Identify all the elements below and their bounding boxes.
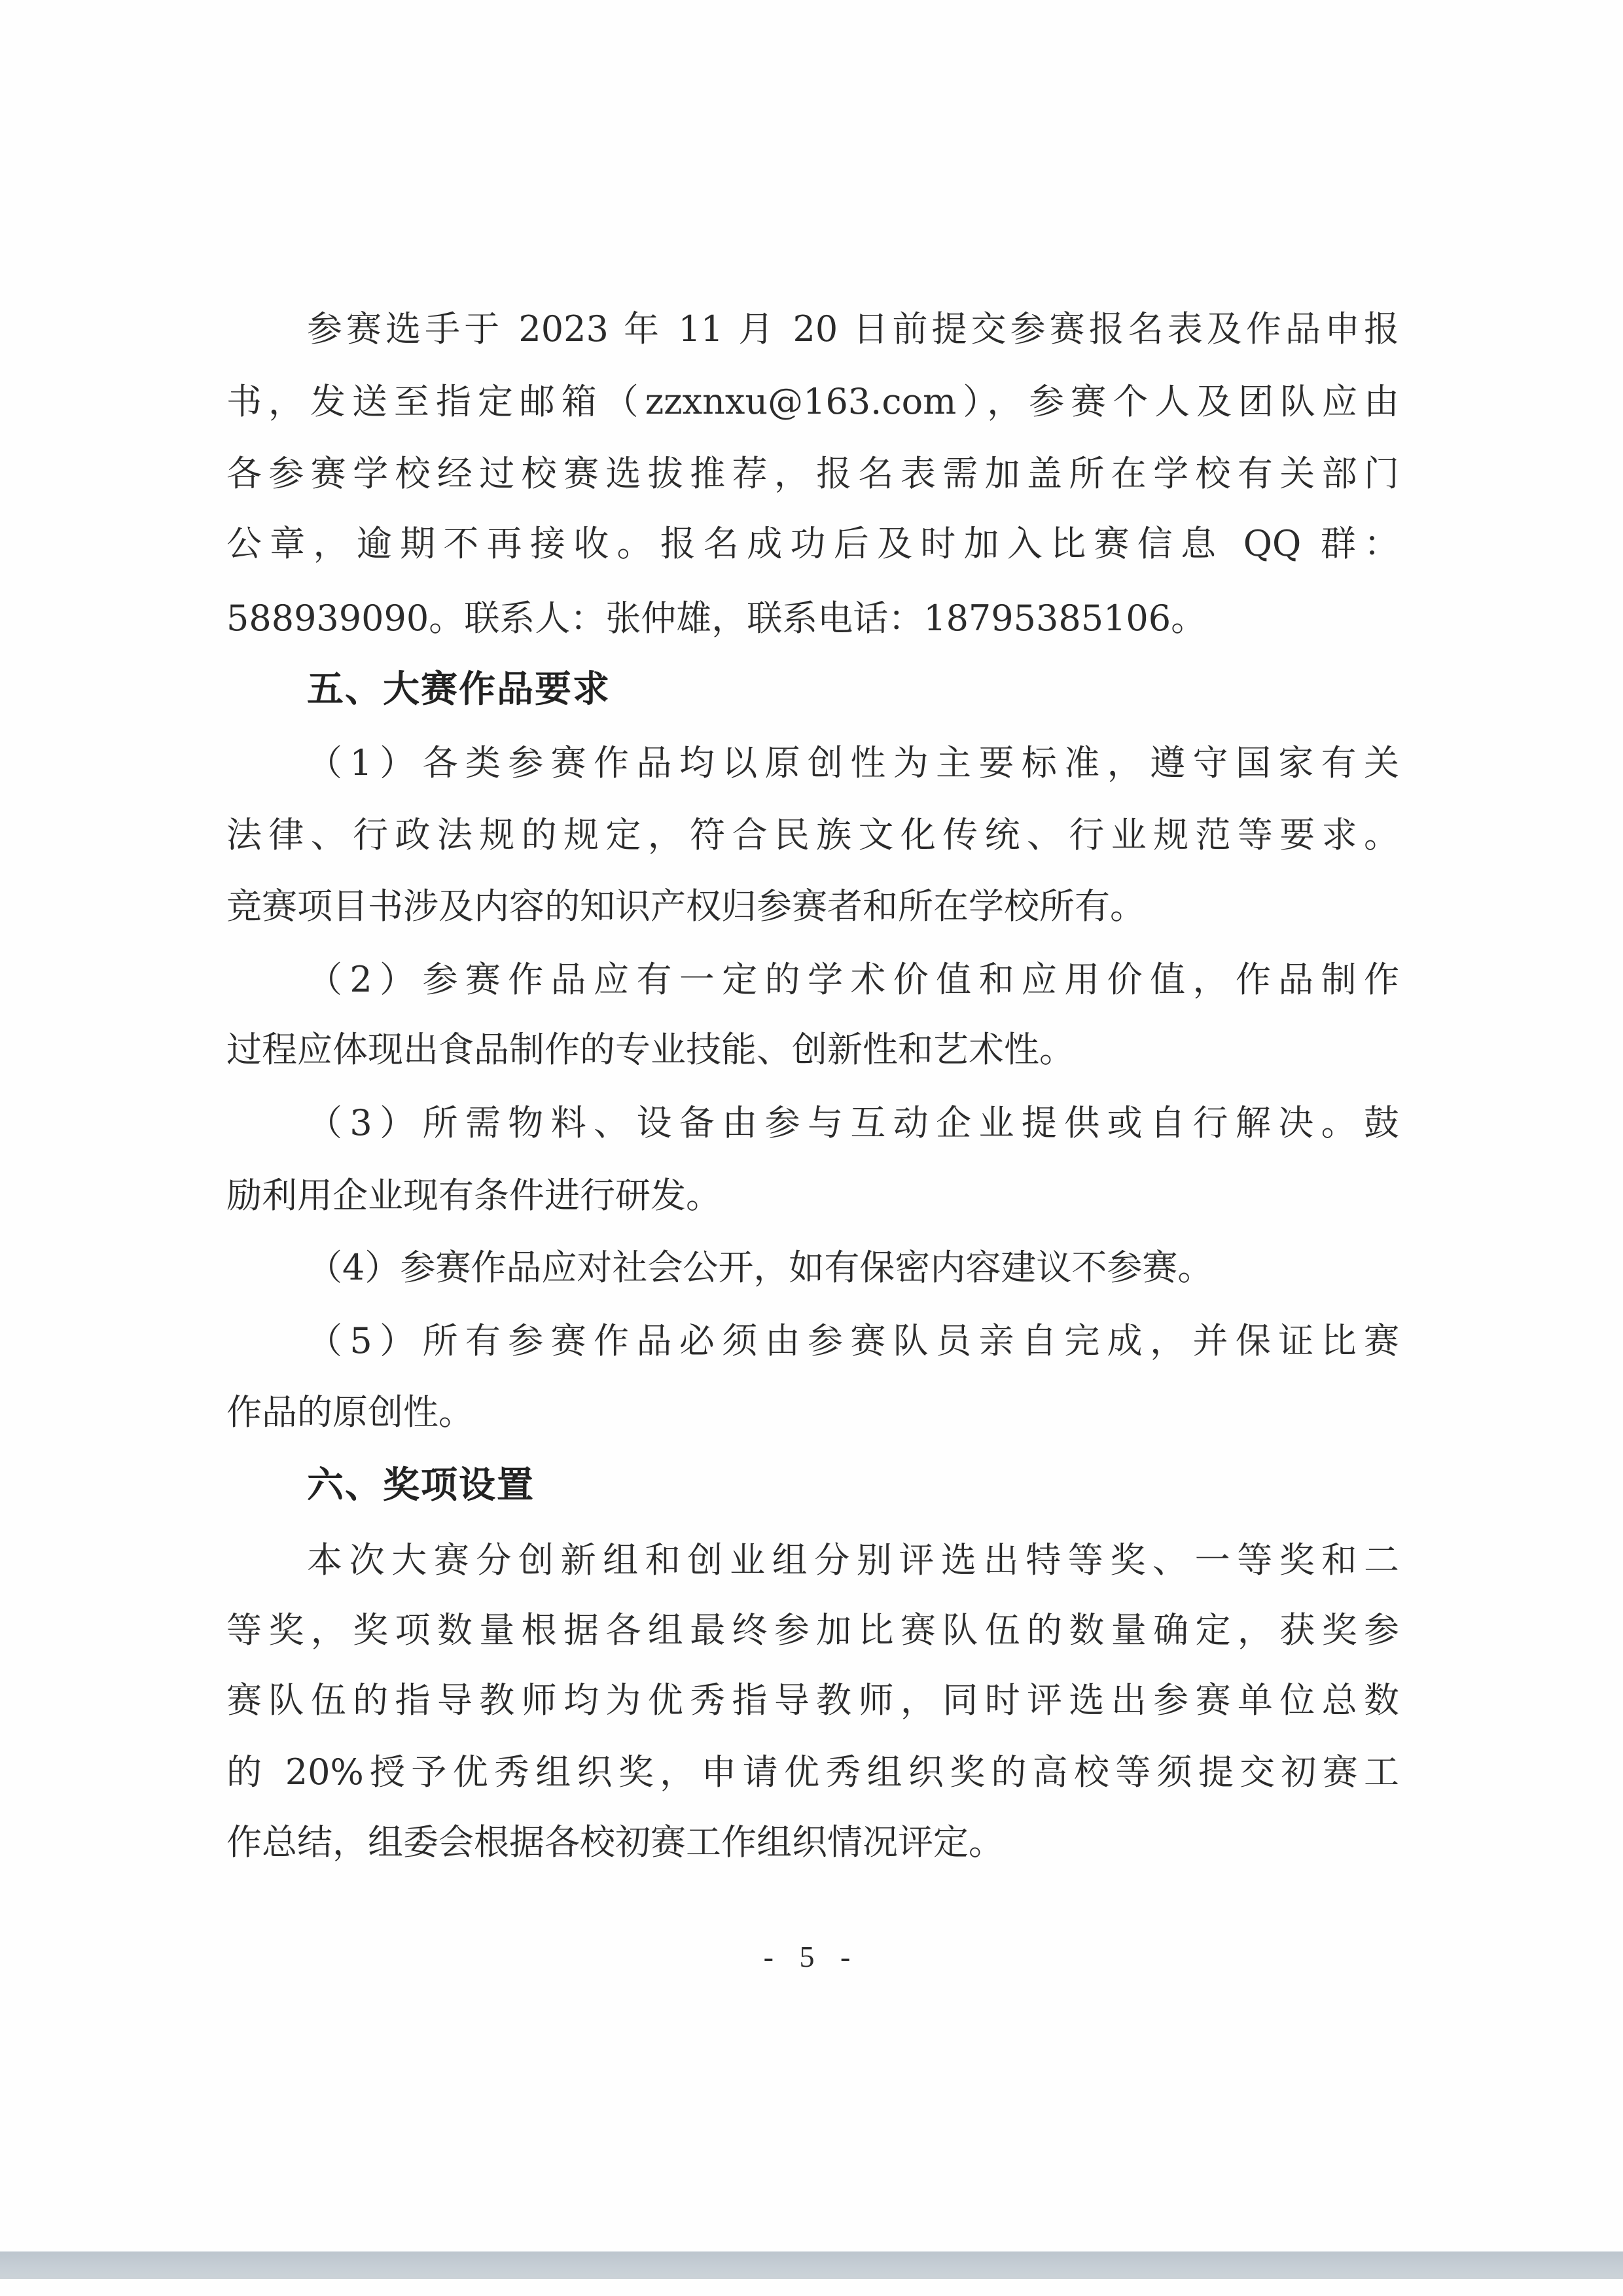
paragraph-line: 赛队伍的指导教师均为优秀指导教师，同时评选出参赛单位总数: [226, 1664, 1399, 1736]
section-heading: 五、大赛作品要求: [307, 654, 611, 726]
list-item-line: （3）所需物料、设备由参与互动企业提供或自行解决。鼓: [307, 1087, 1399, 1159]
paragraph-line: 书，发送至指定邮箱（zzxnxu@163.com），参赛个人及团队应由: [226, 366, 1399, 438]
scan-edge-strip: [0, 2251, 1623, 2279]
page-number: - 5 -: [0, 1937, 1623, 1977]
paragraph-line: 各参赛学校经过校赛选拔推荐，报名表需加盖所在学校有关部门: [226, 438, 1399, 510]
document-page: 参赛选手于 2023 年 11 月 20 日前提交参赛报名表及作品申报 书，发送…: [0, 0, 1623, 2296]
list-item-line: （1）各类参赛作品均以原创性为主要标准，遵守国家有关: [307, 727, 1399, 799]
section-heading: 六、奖项设置: [307, 1450, 535, 1522]
list-item-line: 法律、行政法规的规定，符合民族文化传统、行业规范等要求。: [226, 799, 1399, 871]
paragraph-line: 的 20%授予优秀组织奖，申请优秀组织奖的高校等须提交初赛工: [226, 1736, 1399, 1808]
paragraph-line: 588939090。联系人：张仲雄，联系电话：18795385106。: [226, 583, 1399, 655]
paragraph-line: 参赛选手于 2023 年 11 月 20 日前提交参赛报名表及作品申报: [307, 293, 1399, 365]
paragraph-line: 公章，逾期不再接收。报名成功后及时加入比赛信息 QQ 群：: [226, 508, 1399, 580]
paragraph-line: 等奖，奖项数量根据各组最终参加比赛队伍的数量确定，获奖参: [226, 1594, 1399, 1666]
list-item-line: （4）参赛作品应对社会公开，如有保密内容建议不参赛。: [307, 1232, 1399, 1304]
list-item-line: （5）所有参赛作品必须由参赛队员亲自完成，并保证比赛: [307, 1305, 1399, 1377]
list-item-line: 竞赛项目书涉及内容的知识产权归参赛者和所在学校所有。: [226, 870, 1399, 942]
list-item-line: （2）参赛作品应有一定的学术价值和应用价值，作品制作: [307, 944, 1399, 1016]
paragraph-line: 本次大赛分创新组和创业组分别评选出特等奖、一等奖和二: [307, 1524, 1399, 1596]
paragraph-line: 作总结，组委会根据各校初赛工作组织情况评定。: [226, 1806, 1399, 1878]
list-item-line: 作品的原创性。: [226, 1376, 1399, 1448]
list-item-line: 过程应体现出食品制作的专业技能、创新性和艺术性。: [226, 1014, 1399, 1086]
list-item-line: 励利用企业现有条件进行研发。: [226, 1160, 1399, 1232]
